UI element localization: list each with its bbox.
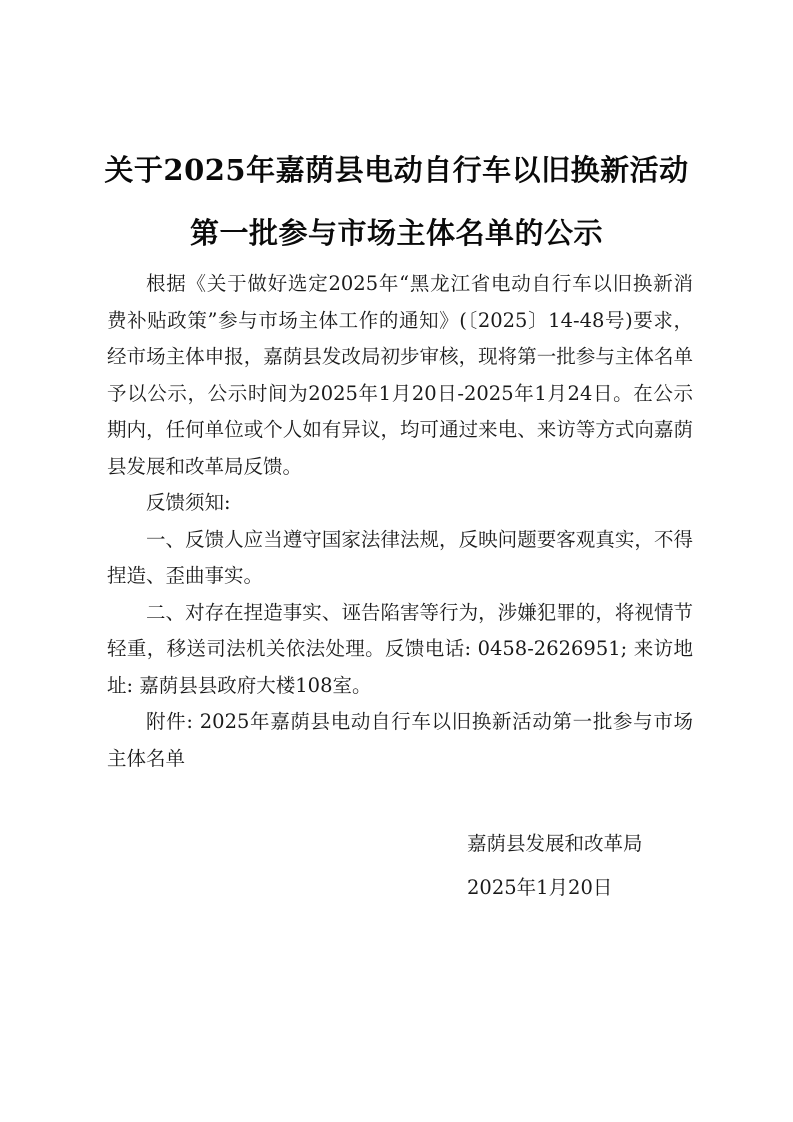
document-body: 根据《关于做好选定2025年“黑龙江省电动自行车以旧换新消费补贴政策”参与市场主… — [107, 266, 693, 777]
document-page: 关于2025年嘉荫县电动自行车以旧换新活动 第一批参与市场主体名单的公示 根据《… — [0, 0, 793, 1122]
paragraph-rule-2: 二、对存在捏造事实、诬告陷害等行为，涉嫌犯罪的，将视情节轻重，移送司法机关依法处… — [107, 595, 693, 705]
paragraph-attachment: 附件: 2025年嘉荫县电动自行车以旧换新活动第一批参与市场主体名单 — [107, 704, 693, 777]
document-title-line-2: 第一批参与市场主体名单的公示 — [0, 215, 793, 251]
paragraph-rule-1: 一、反馈人应当遵守国家法律法规，反映问题要客观真实，不得捏造、歪曲事实。 — [107, 522, 693, 595]
document-title-line-1: 关于2025年嘉荫县电动自行车以旧换新活动 — [0, 152, 793, 188]
paragraph-notice: 根据《关于做好选定2025年“黑龙江省电动自行车以旧换新消费补贴政策”参与市场主… — [107, 266, 693, 485]
signature-organization: 嘉荫县发展和改革局 — [467, 826, 643, 863]
signature-date: 2025年1月20日 — [467, 870, 612, 907]
paragraph-feedback-heading: 反馈须知: — [107, 485, 693, 522]
